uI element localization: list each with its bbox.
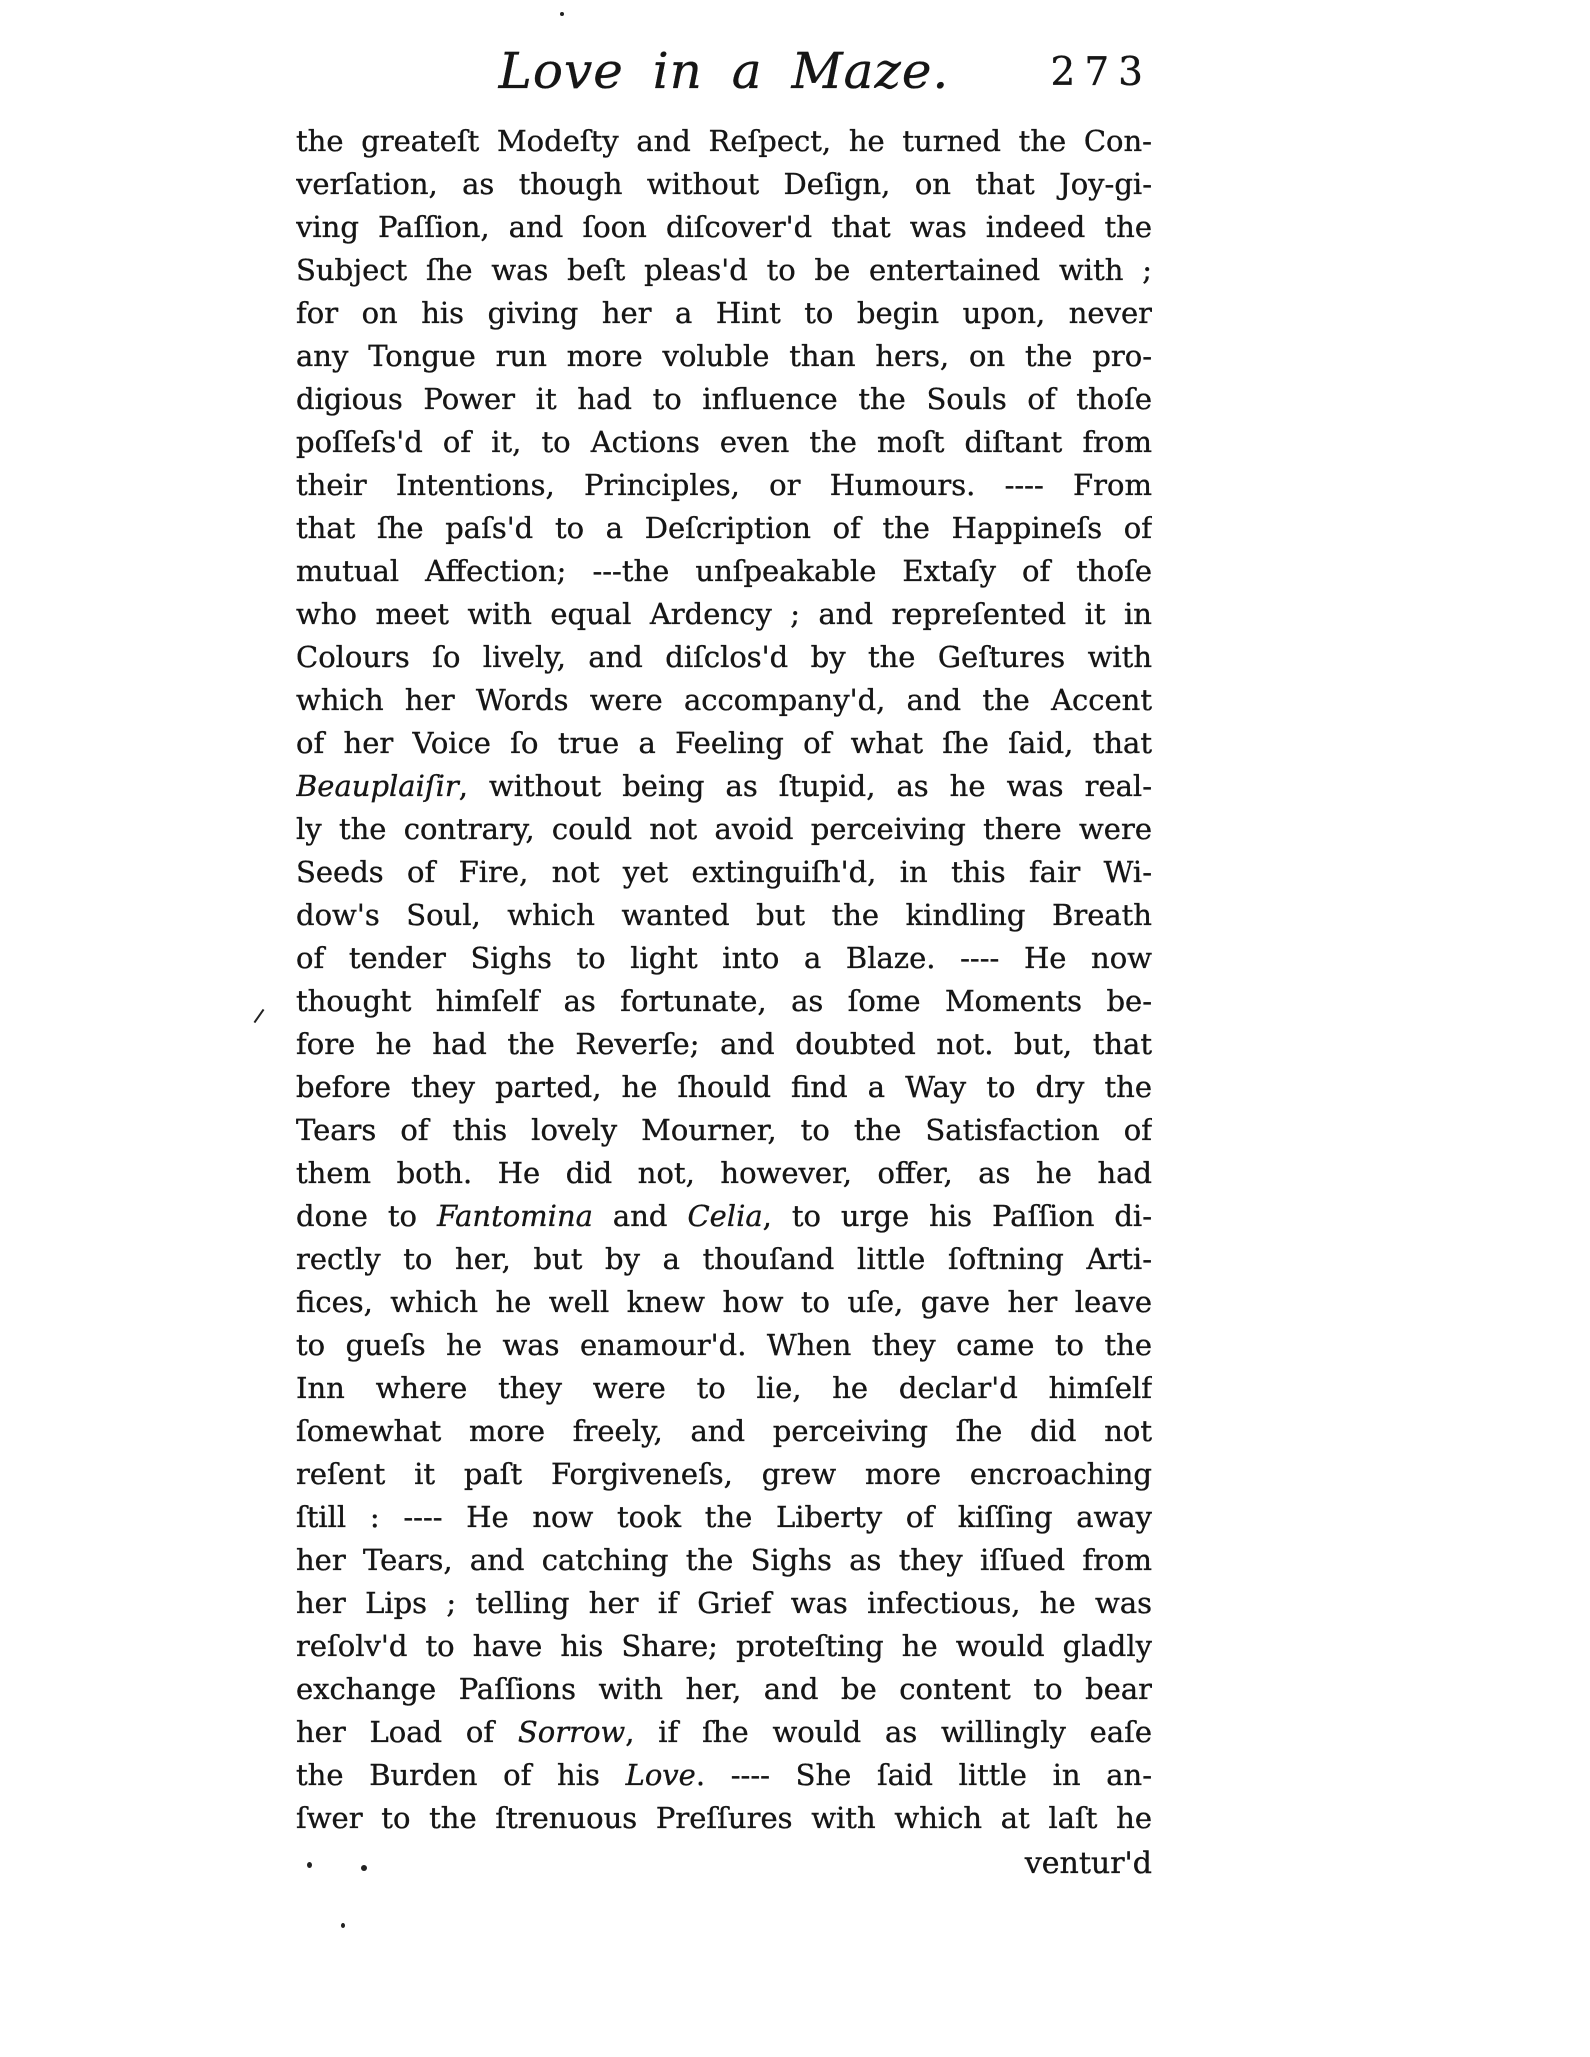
text-line: that ſhe paſs'd to a Deſcription of the … bbox=[296, 507, 1152, 550]
text-line: who meet with equal Ardency ; and repreſ… bbox=[296, 593, 1152, 636]
text-line: Subject ſhe was beſt pleas'd to be enter… bbox=[296, 249, 1152, 292]
text-line: to gueſs he was enamour'd. When they cam… bbox=[296, 1324, 1152, 1367]
text-line: any Tongue run more voluble than hers, o… bbox=[296, 335, 1152, 378]
text-line: which her Words were accompany'd, and th… bbox=[296, 679, 1152, 722]
ink-speck bbox=[560, 12, 564, 16]
text-line: Inn where they were to lie, he declar'd … bbox=[296, 1367, 1152, 1410]
catchword: ventur'd bbox=[1025, 1846, 1152, 1881]
ink-speck bbox=[341, 1923, 345, 1928]
ink-speck bbox=[254, 1009, 265, 1023]
ink-speck bbox=[361, 1865, 367, 1871]
text-line: Seeds of Fire, not yet extinguiſh'd, in … bbox=[296, 851, 1152, 894]
catchword-row: ventur'd bbox=[296, 1842, 1152, 1885]
text-line: her Tears, and catching the Sighs as the… bbox=[296, 1539, 1152, 1582]
text-line: mutual Affection; ---the unſpeakable Ext… bbox=[296, 550, 1152, 593]
text-line: of tender Sighs to light into a Blaze. -… bbox=[296, 937, 1152, 980]
book-page-scan: Love in a Maze. 273 the greateſt Modeſty… bbox=[0, 0, 1590, 2057]
text-line: for on his giving her a Hint to begin up… bbox=[296, 292, 1152, 335]
text-line: the Burden of his Love. ---- She ſaid li… bbox=[296, 1754, 1152, 1797]
text-line: done to Fantomina and Celia, to urge his… bbox=[296, 1195, 1152, 1238]
text-line: Beauplaiſir, without being as ſtupid, as… bbox=[296, 765, 1152, 808]
text-line: of her Voice ſo true a Feeling of what ſ… bbox=[296, 722, 1152, 765]
body-text: the greateſt Modeſty and Reſpect, he tur… bbox=[296, 120, 1152, 1840]
text-line: verſation, as though without Deſign, on … bbox=[296, 163, 1152, 206]
text-line: Tears of this lovely Mourner, to the Sat… bbox=[296, 1109, 1152, 1152]
text-line: fore he had the Reverſe; and doubted not… bbox=[296, 1023, 1152, 1066]
text-line: poſſeſs'd of it, to Actions even the moſ… bbox=[296, 421, 1152, 464]
ink-speck bbox=[307, 1862, 312, 1868]
text-line: digious Power it had to influence the So… bbox=[296, 378, 1152, 421]
text-line: reſent it paſt Forgiveneſs, grew more en… bbox=[296, 1453, 1152, 1496]
text-line: exchange Paſſions with her, and be conte… bbox=[296, 1668, 1152, 1711]
text-line: reſolv'd to have his Share; proteſting h… bbox=[296, 1625, 1152, 1668]
text-line: fices, which he well knew how to uſe, ga… bbox=[296, 1281, 1152, 1324]
text-line: ving Paſſion, and ſoon diſcover'd that w… bbox=[296, 206, 1152, 249]
text-line: rectly to her, but by a thouſand little … bbox=[296, 1238, 1152, 1281]
text-line: thought himſelf as fortunate, as ſome Mo… bbox=[296, 980, 1152, 1023]
text-line: the greateſt Modeſty and Reſpect, he tur… bbox=[296, 120, 1152, 163]
text-line: ly the contrary, could not avoid perceiv… bbox=[296, 808, 1152, 851]
text-line: ſwer to the ſtrenuous Preſſures with whi… bbox=[296, 1797, 1152, 1840]
page-number: 273 bbox=[1051, 48, 1152, 98]
running-header-title: Love in a Maze. bbox=[296, 34, 1152, 108]
text-line: her Lips ; telling her if Grief was infe… bbox=[296, 1582, 1152, 1625]
text-line: before they parted, he ſhould find a Way… bbox=[296, 1066, 1152, 1109]
text-line: dow's Soul, which wanted but the kindlin… bbox=[296, 894, 1152, 937]
text-line: her Load of Sorrow, if ſhe would as will… bbox=[296, 1711, 1152, 1754]
text-line: their Intentions, Principles, or Humours… bbox=[296, 464, 1152, 507]
text-line: ſtill : ---- He now took the Liberty of … bbox=[296, 1496, 1152, 1539]
text-line: them both. He did not, however, offer, a… bbox=[296, 1152, 1152, 1195]
text-line: ſomewhat more freely, and perceiving ſhe… bbox=[296, 1410, 1152, 1453]
running-header: Love in a Maze. 273 bbox=[296, 34, 1152, 108]
text-line: Colours ſo lively, and diſclos'd by the … bbox=[296, 636, 1152, 679]
